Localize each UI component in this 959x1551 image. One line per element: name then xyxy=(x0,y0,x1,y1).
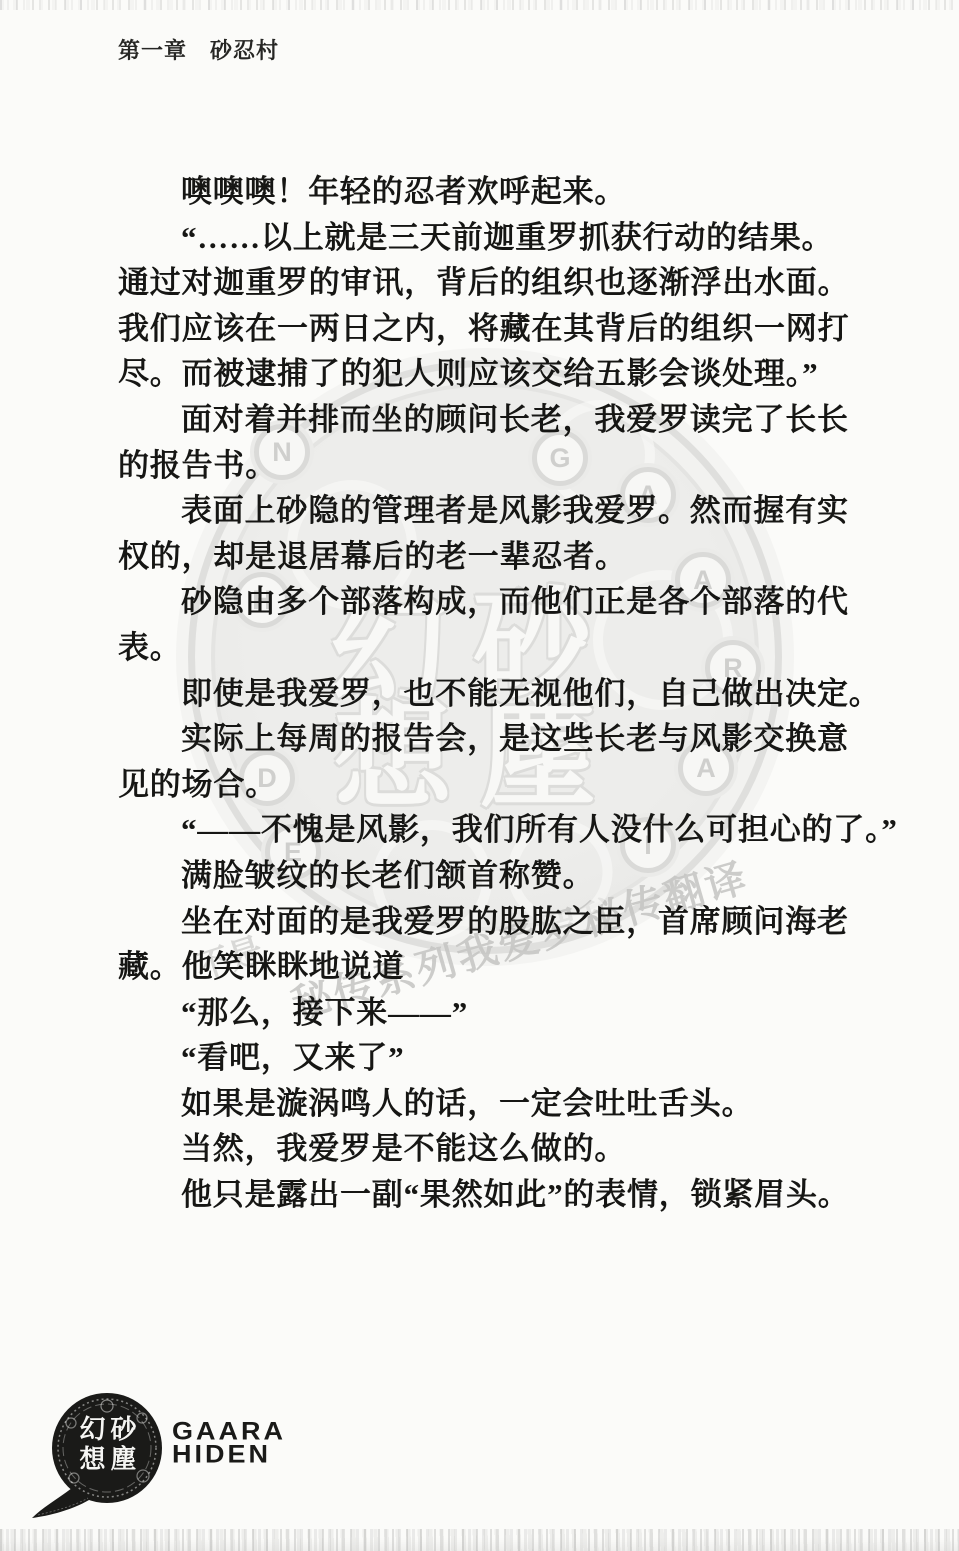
text-line: 的报告书。 xyxy=(118,443,888,489)
text-line: 即使是我爱罗，也不能无视他们，自己做出决定。 xyxy=(118,671,888,717)
seal-characters: 幻砂 想塵 xyxy=(72,1415,144,1475)
text-line: 藏。他笑眯眯地说道 xyxy=(118,944,888,990)
text-line: 尽。而被逮捕了的犯人则应该交给五影会谈处理。” xyxy=(118,351,888,397)
seal-characters-line2: 想塵 xyxy=(72,1445,144,1475)
text-line: 当然，我爱罗是不能这么做的。 xyxy=(118,1126,888,1172)
text-line: 实际上每周的报告会，是这些长老与风影交换意 xyxy=(118,716,888,762)
text-line: 面对着并排而坐的顾问长老，我爱罗读完了长长 xyxy=(118,397,888,443)
text-line: 坐在对面的是我爱罗的股肱之臣，首席顾问海老 xyxy=(118,899,888,945)
text-column: 噢噢噢！年轻的忍者欢呼起来。“……以上就是三天前迦重罗抓获行动的结果。通过对迦重… xyxy=(118,169,888,1218)
footer-logo: 幻砂 想塵 GAARA HIDEN xyxy=(30,1368,450,1528)
text-line: “……以上就是三天前迦重罗抓获行动的结果。 xyxy=(118,215,888,261)
text-line: 噢噢噢！年轻的忍者欢呼起来。 xyxy=(118,169,888,215)
book-page: 不是 秘传系列我爱罗秘传翻译 幻砂想塵NGAARAIHDE 第一章 砂忍村 噢噢… xyxy=(0,0,959,1551)
seal-characters-line1: 幻砂 xyxy=(72,1415,144,1445)
text-line: “看吧，又来了” xyxy=(118,1035,888,1081)
text-line: 见的场合。 xyxy=(118,762,888,808)
text-line: 砂隐由多个部落构成，而他们正是各个部落的代 xyxy=(118,579,888,625)
text-line: “那么，接下来——” xyxy=(118,990,888,1036)
text-line: 我们应该在一两日之内，将藏在其背后的组织一网打 xyxy=(118,306,888,352)
wordmark-line2: HIDEN xyxy=(172,1443,286,1466)
scan-noise-top-edge xyxy=(0,0,959,10)
text-line: 表面上砂隐的管理者是风影我爱罗。然而握有实 xyxy=(118,488,888,534)
text-line: 他只是露出一副“果然如此”的表情，锁紧眉头。 xyxy=(118,1172,888,1218)
chapter-header: 第一章 砂忍村 xyxy=(118,34,279,65)
scan-noise-bottom-edge xyxy=(0,1529,959,1551)
text-line: 表。 xyxy=(118,625,888,671)
text-line: 如果是漩涡鸣人的话，一定会吐吐舌头。 xyxy=(118,1081,888,1127)
text-line: 通过对迦重罗的审讯，背后的组织也逐渐浮出水面。 xyxy=(118,260,888,306)
text-line: 满脸皱纹的长老们颔首称赞。 xyxy=(118,853,888,899)
text-line: 权的，却是退居幕后的老一辈忍者。 xyxy=(118,534,888,580)
text-line: “——不愧是风影，我们所有人没什么可担心的了。” xyxy=(118,807,888,853)
wordmark: GAARA HIDEN xyxy=(172,1420,286,1466)
